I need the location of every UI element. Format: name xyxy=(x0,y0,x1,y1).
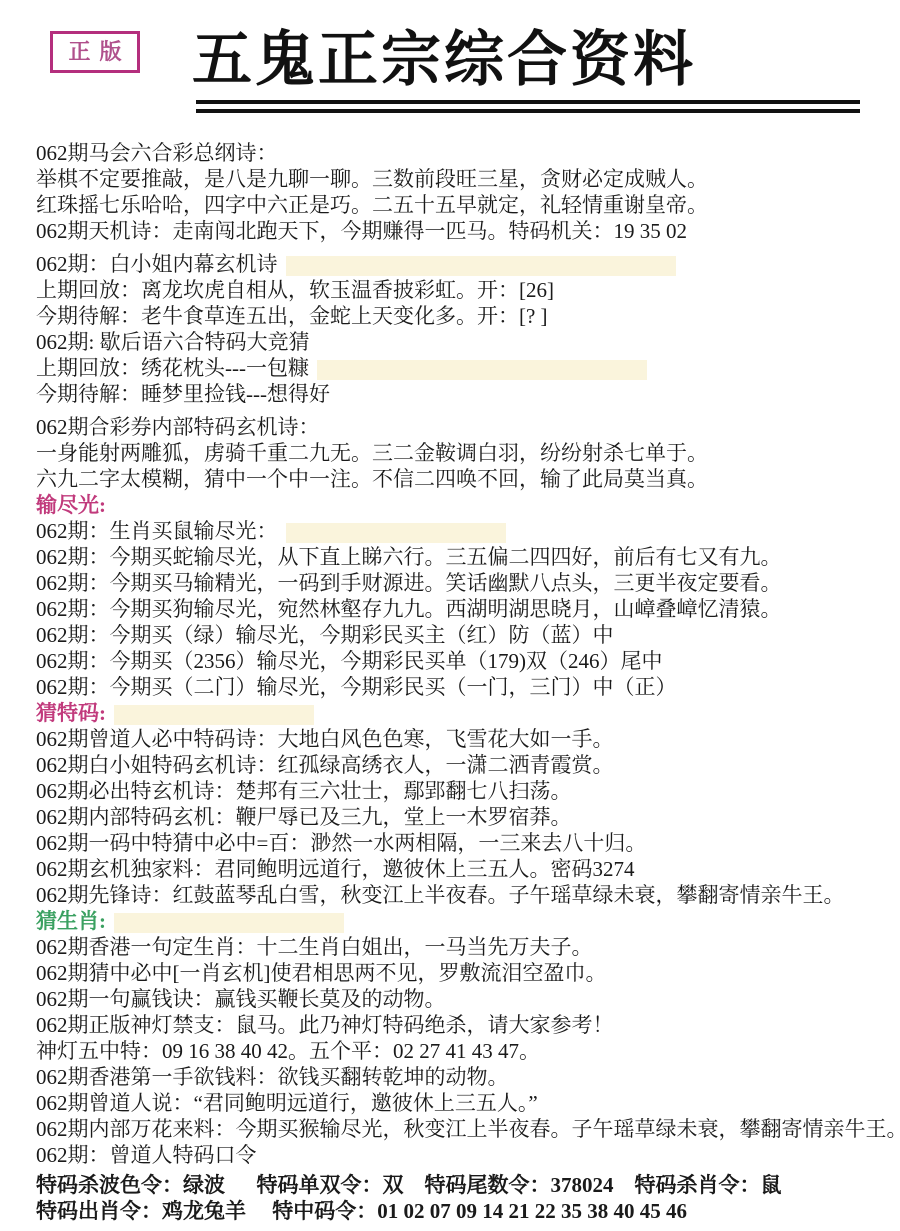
text-line: 神灯五中特：09 16 38 40 42。五个平：02 27 41 43 47。 xyxy=(36,1038,890,1064)
edition-badge: 正版 xyxy=(50,31,140,73)
text-line: 062期：今期买（2356）输尽光，今期彩民买单（179)双（246）尾中 xyxy=(36,648,890,674)
text-line: 062期必出特玄机诗：楚邦有三六壮士，鄢郢翻七八扫荡。 xyxy=(36,778,890,804)
text-line: 062期曾道人说：“君同鲍明远道行，邀彼休上三五人。” xyxy=(36,1090,890,1116)
content-lines: 062期马会六合彩总纲诗：举棋不定要推敲，是八是九聊一聊。三数前段旺三星，贪财必… xyxy=(0,140,900,1224)
text-line: 062期猜中必中[一肖玄机]使君相思两不见，罗敷流泪空盈巾。 xyxy=(36,960,890,986)
text-line: 红珠摇七乐哈哈，四字中六正是巧。二五十五早就定，礼轻情重谢皇帝。 xyxy=(36,192,890,218)
text-line: 062期曾道人必中特码诗：大地白风色色寒，飞雪花大如一手。 xyxy=(36,726,890,752)
text-line: 062期内部特码玄机：鞭尸辱已及三九，堂上一木罗宿莽。 xyxy=(36,804,890,830)
text-line: 062期：今期买（绿）输尽光，今期彩民买主（红）防（蓝）中 xyxy=(36,622,890,648)
text-line: 特码出肖令：鸡龙兔羊 特中码令：01 02 07 09 14 21 22 35 … xyxy=(36,1198,890,1224)
text-line: 上期回放：绣花枕头---一包糠 xyxy=(36,355,890,381)
scan-highlight xyxy=(286,523,506,543)
text-line: 062期：生肖买鼠输尽光： xyxy=(36,518,890,544)
text-line: 猜生肖: xyxy=(36,908,890,934)
scan-highlight xyxy=(114,913,344,933)
text-line: 猜特码: xyxy=(36,700,890,726)
text-line: 062期：今期买狗输尽光，宛然林壑存九九。西湖明湖思晓月，山嶂叠嶂忆清猿。 xyxy=(36,596,890,622)
text-line: 062期：今期买蛇输尽光，从下直上睇六行。三五偏二四四好，前后有七又有九。 xyxy=(36,544,890,570)
page-header: 正版 五鬼正宗综合资料 xyxy=(0,0,900,140)
text-line: 一身能射两雕狐，虏骑千重二九无。三二金鞍调白羽，纷纷射杀七单于。 xyxy=(36,440,890,466)
text-line: 特码杀波色令：绿波 特码单双令：双 特码尾数令：378024 特码杀肖令：鼠 xyxy=(36,1172,890,1198)
text-line: 062期：今期买（二门）输尽光，今期彩民买（一门，三门）中（正） xyxy=(36,674,890,700)
text-line: 062期内部万花来料：今期买猴输尽光，秋变江上半夜春。子午瑶草绿未衰，攀翻寄情亲… xyxy=(36,1116,890,1142)
text-line: 输尽光: xyxy=(36,492,890,518)
text-line: 062期：白小姐内幕玄机诗 xyxy=(36,251,890,277)
text-line: 062期一码中特猜中必中=百：渺然一水两相隔，一三来去八十归。 xyxy=(36,830,890,856)
page-title: 五鬼正宗综合资料 xyxy=(192,12,696,98)
text-line: 上期回放：离龙坎虎自相从，软玉温香披彩虹。开：[26] xyxy=(36,277,890,303)
text-line: 062期马会六合彩总纲诗： xyxy=(36,140,890,166)
text-line: 今期待解：老牛食草连五出，金蛇上天变化多。开：[? ] xyxy=(36,303,890,329)
text-line: 062期先锋诗：红鼓蓝琴乱白雪，秋变江上半夜春。子午瑶草绿未衰，攀翻寄情亲牛王。 xyxy=(36,882,890,908)
text-line: 062期合彩券内部特码玄机诗： xyxy=(36,414,890,440)
text-line: 062期：今期买马输精光，一码到手财源进。笑话幽默八点头，三更半夜定要看。 xyxy=(36,570,890,596)
title-underline xyxy=(196,100,860,113)
text-line: 062期: 歇后语六合特码大竞猜 xyxy=(36,329,890,355)
scan-highlight xyxy=(286,256,676,276)
scan-highlight xyxy=(114,705,314,725)
text-line: 062期一句赢钱诀：赢钱买鞭长莫及的动物。 xyxy=(36,986,890,1012)
text-line: 六九二字太模糊，猜中一个中一注。不信二四唤不回，输了此局莫当真。 xyxy=(36,466,890,492)
text-line: 062期天机诗：走南闯北跑天下，今期赚得一匹马。特码机关：19 35 02 xyxy=(36,218,890,244)
text-line: 举棋不定要推敲，是八是九聊一聊。三数前段旺三星，贪财必定成贼人。 xyxy=(36,166,890,192)
text-line: 062期正版神灯禁支：鼠马。此乃神灯特码绝杀，请大家参考！ xyxy=(36,1012,890,1038)
text-line: 062期：曾道人特码口令 xyxy=(36,1142,890,1168)
scan-highlight xyxy=(317,360,647,380)
text-line: 062期香港一句定生肖：十二生肖白姐出，一马当先万夫子。 xyxy=(36,934,890,960)
text-line: 062期白小姐特码玄机诗：红孤绿高绣衣人，一潇二洒青霞赏。 xyxy=(36,752,890,778)
text-line: 062期玄机独家料：君同鲍明远道行，邀彼休上三五人。密码3274 xyxy=(36,856,890,882)
text-line: 062期香港第一手欲钱料：欲钱买翻转乾坤的动物。 xyxy=(36,1064,890,1090)
text-line: 今期待解：睡梦里捡钱---想得好 xyxy=(36,381,890,407)
